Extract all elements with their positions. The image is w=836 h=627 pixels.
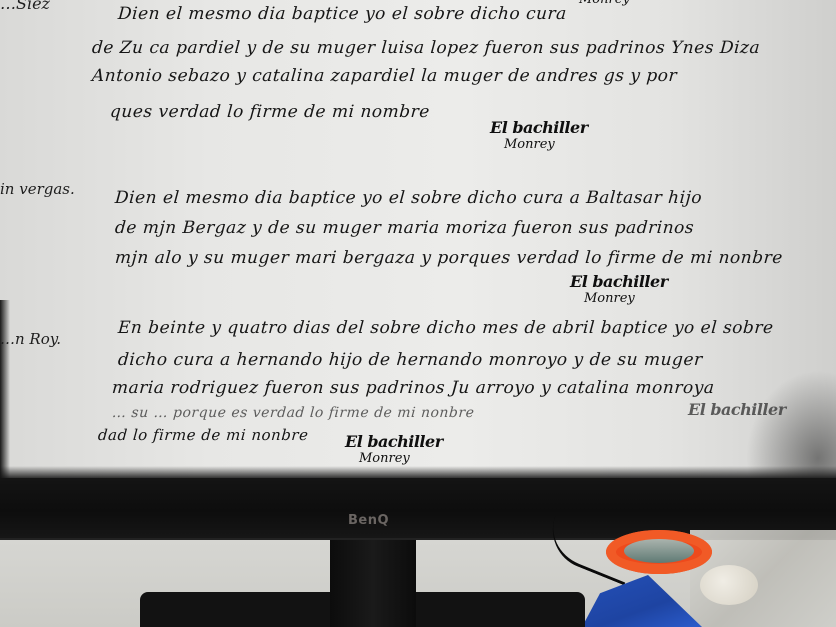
screen-left-shadow — [0, 300, 10, 480]
signature-title: El bachiller — [490, 118, 588, 137]
signature-name: Monrey — [359, 451, 443, 466]
signature-top-fragment: Monrey — [565, 0, 630, 7]
orange-tape-roll — [606, 530, 712, 574]
margin-note: in vergas. — [0, 180, 75, 198]
signature: El bachiller Monrey — [345, 432, 443, 466]
monitor-screen: …Siez Monrey Dien el mesmo dia baptice y… — [0, 0, 836, 480]
signature-title: El bachiller — [688, 400, 786, 419]
signature-title: El bachiller — [345, 432, 443, 451]
brand-logo: BenQ — [348, 513, 389, 528]
entry-line: dad lo firme de mi nonbre — [97, 426, 309, 444]
entry-line: En beinte y quatro dias del sobre dicho … — [117, 318, 774, 338]
margin-note-top: …Siez — [0, 0, 50, 13]
signature: El bachiller Monrey — [490, 118, 588, 152]
entry-line: Dien el mesmo dia baptice yo el sobre di… — [114, 188, 702, 208]
signature-title: El bachiller — [570, 272, 668, 291]
entry-line: Antonio sebazo y catalina zapardiel la m… — [91, 66, 677, 86]
signature: El bachiller Monrey — [570, 272, 668, 306]
entry-line: Dien el mesmo dia baptice yo el sobre di… — [117, 4, 567, 24]
margin-note: …n Roy. — [0, 330, 61, 348]
entry-line: mjn alo y su muger mari bergaza y porque… — [114, 248, 783, 268]
scan-smudge — [746, 370, 836, 480]
entry-line: de mjn Bergaz y de su muger maria moriza… — [114, 218, 694, 238]
entry-line: ques verdad lo firme de mi nombre — [109, 102, 430, 122]
signature-name: Monrey — [504, 137, 588, 152]
entry-line: de Zu ca pardiel y de su muger luisa lop… — [91, 38, 760, 58]
container-lid — [700, 565, 758, 605]
entry-line: maria rodriguez fueron sus padrinos Ju a… — [111, 378, 715, 398]
signature-name: Monrey — [579, 0, 630, 7]
entry-line: dicho cura a hernando hijo de hernando m… — [117, 350, 703, 370]
signature-name: Monrey — [584, 291, 668, 306]
entry-line-overwritten: … su … porque es verdad lo firme de mi n… — [111, 405, 475, 421]
signature-overlap: El bachiller — [688, 400, 786, 419]
monitor-stand-neck — [330, 540, 416, 627]
